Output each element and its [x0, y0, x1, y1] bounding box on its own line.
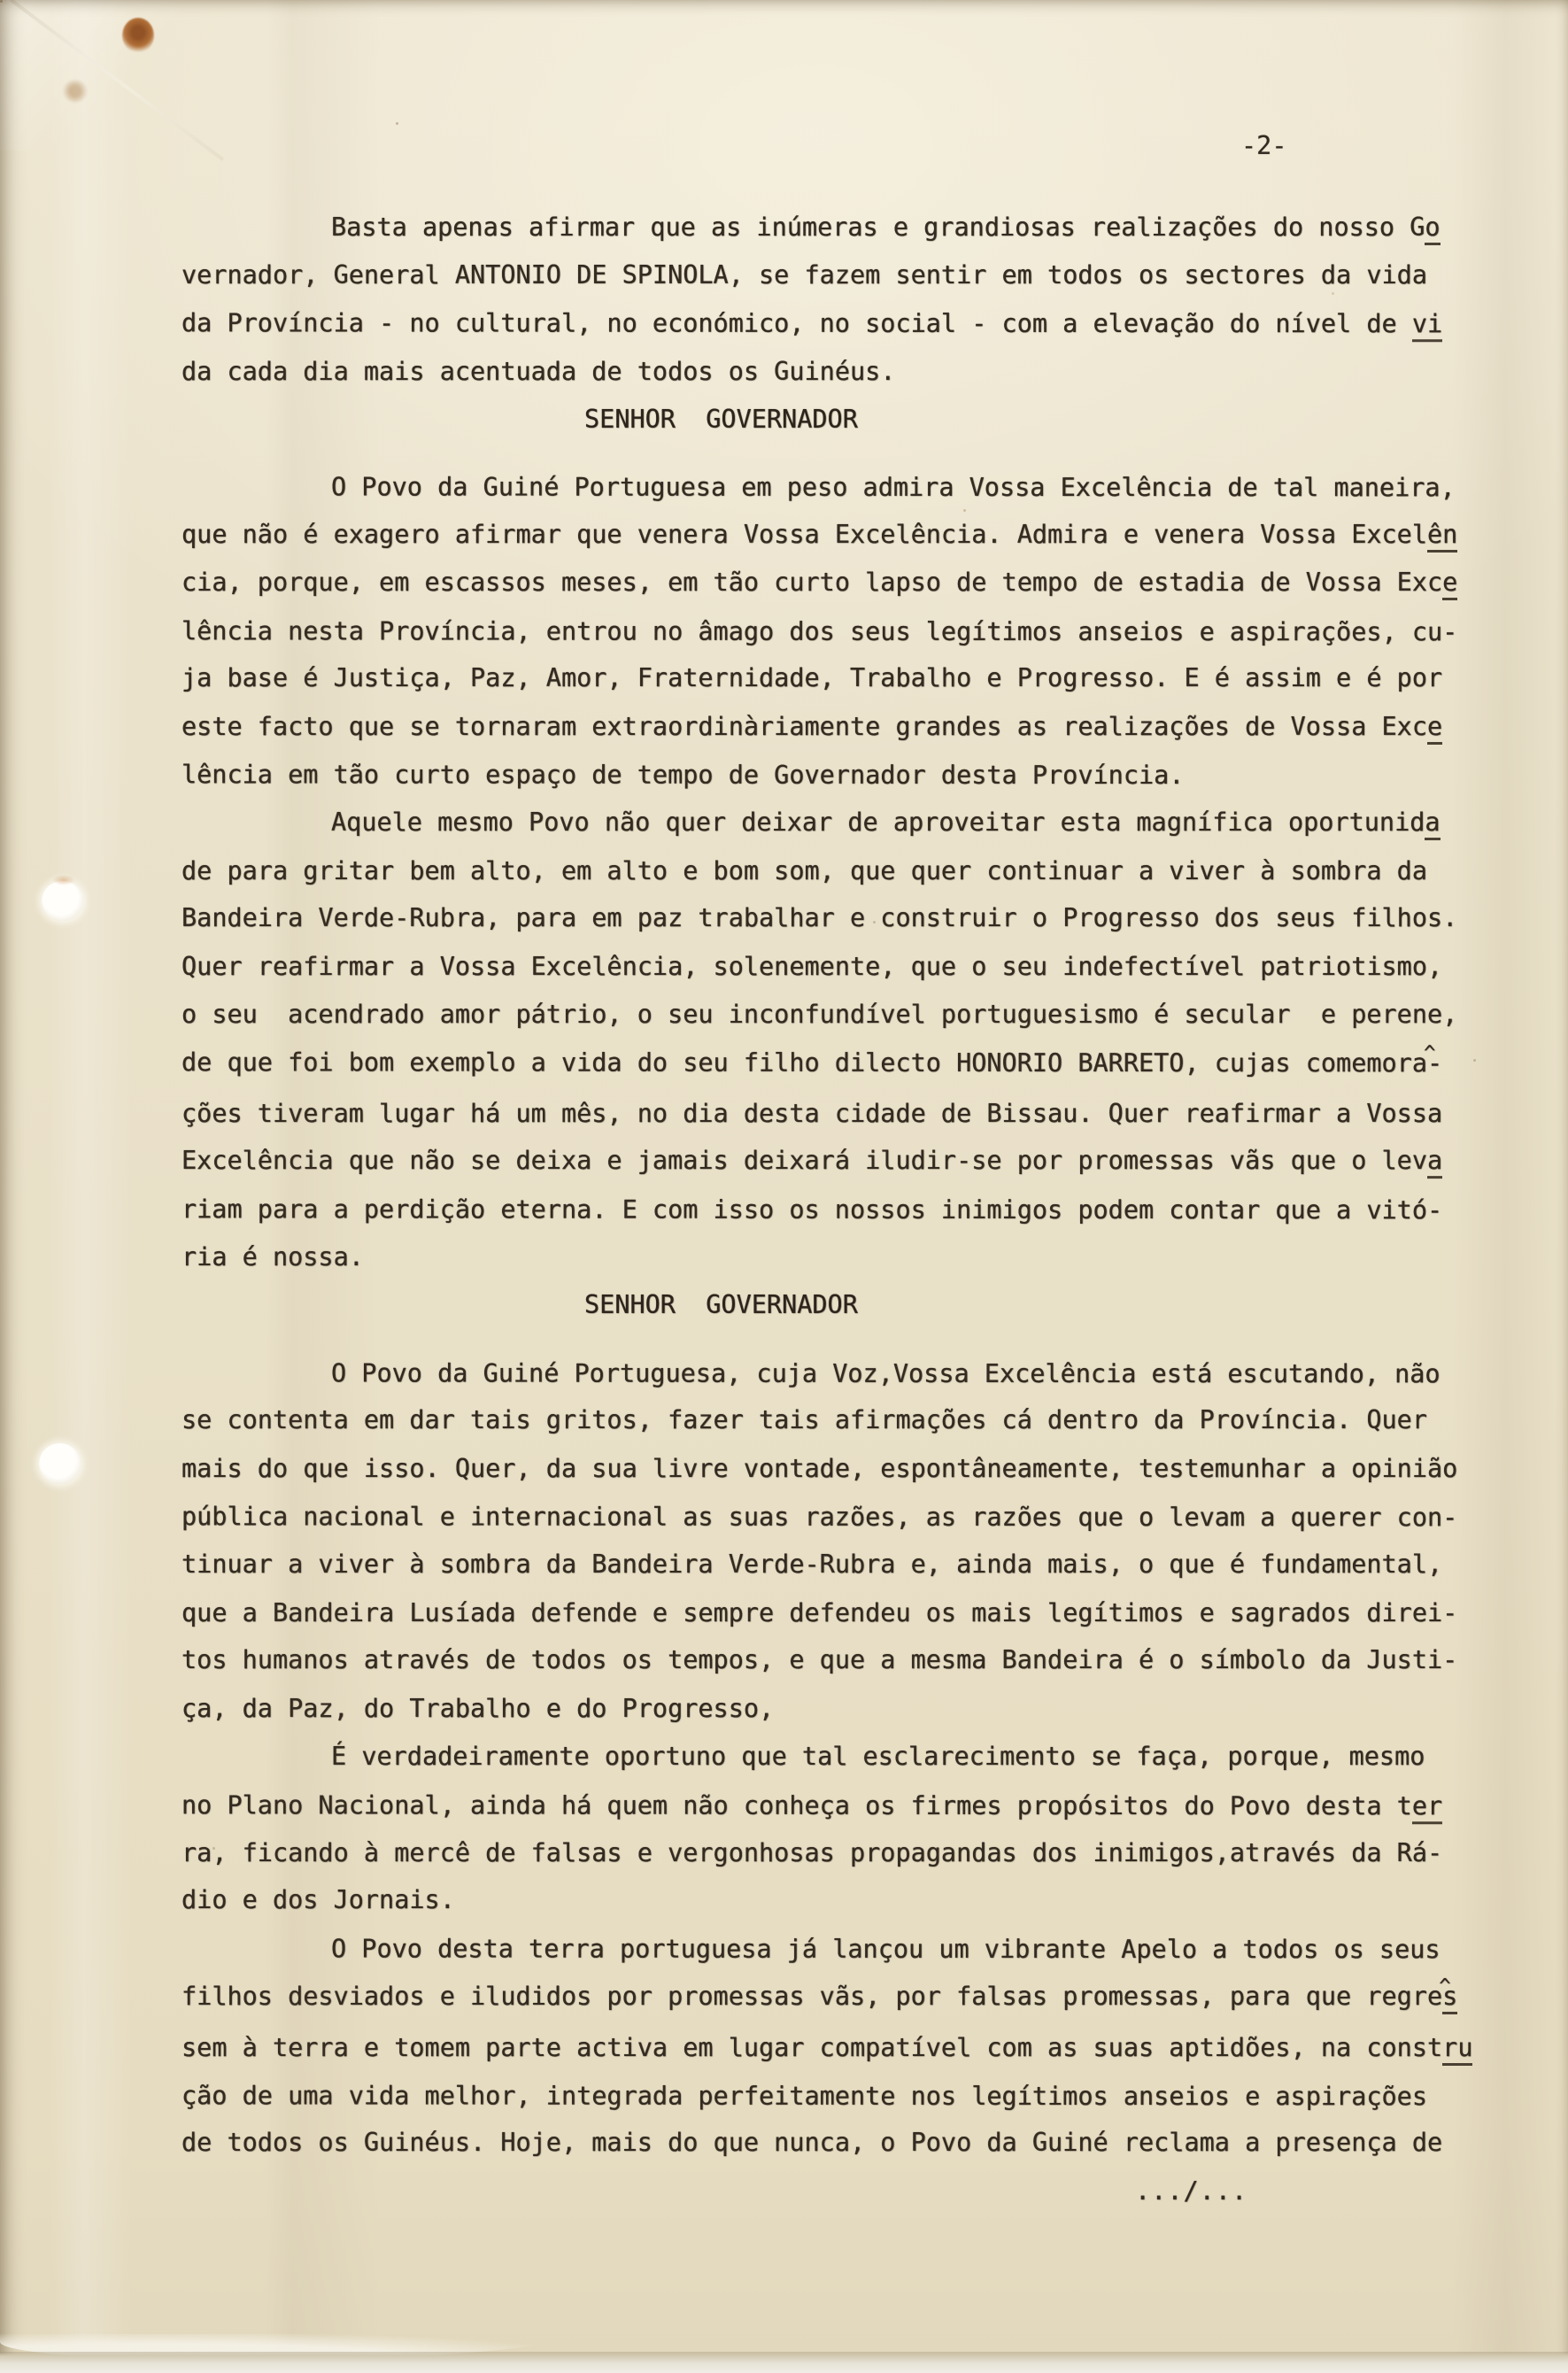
section-heading: SENHOR GOVERNADOR [584, 396, 1510, 444]
typed-line: ja base é Justiça, Paz, Amor, Fraternida… [182, 654, 1510, 702]
typed-line: de que foi bom exemplo a vida do seu fil… [182, 1040, 1510, 1091]
underlined-syllable: e [1427, 712, 1442, 745]
typed-line: O Povo desta terra portuguesa já lançou … [182, 1925, 1510, 1974]
typed-line: mais do que isso. Quer, da sua livre von… [182, 1445, 1510, 1493]
typed-line: pública nacional e internacional as suas… [182, 1494, 1510, 1542]
continuation-mark: .../... [182, 2168, 1510, 2215]
rust-stain-small [62, 80, 89, 103]
hole-punch-bottom [39, 1443, 81, 1484]
typed-line: riam para a perdição eterna. E com isso … [182, 1186, 1510, 1234]
hole-punch-top [42, 881, 83, 921]
typed-line: da Província - no cultural, no económico… [182, 300, 1510, 349]
underlined-syllable: o [1425, 213, 1440, 245]
typed-line: se contenta em dar tais gritos, fazer ta… [182, 1396, 1510, 1444]
scanned-document-page: -2- Basta apenas afirmar que as inúmeras… [0, 0, 1568, 2373]
typed-line: de todos os Guinéus. Hoje, mais do que n… [182, 2119, 1510, 2167]
typed-line: Bandeira Verde-Rubra, para em paz trabal… [182, 894, 1510, 942]
underlined-syllable: ên [1427, 520, 1457, 553]
typed-line: É verdadeiramente oportuno que tal escla… [182, 1733, 1510, 1781]
underlined-syllable: a [1425, 808, 1440, 840]
typed-line: da cada dia mais acentuada de todos os G… [182, 348, 1510, 396]
typed-line: Aquele mesmo Povo não quer deixar de apr… [182, 799, 1510, 846]
typed-line: ção de uma vida melhor, integrada perfei… [182, 2072, 1510, 2121]
corner-fold [0, 0, 204, 151]
underlined-syllable: e [1442, 568, 1457, 600]
typed-line: Excelência que não se deixa e jamais dei… [182, 1137, 1510, 1185]
typed-line: que a Bandeira Lusíada defende e sempre … [182, 1589, 1510, 1637]
typed-line: cia, porque, em escassos meses, em tão c… [182, 559, 1510, 607]
typed-line: O Povo da Guiné Portuguesa, cuja Voz,Vos… [182, 1349, 1510, 1398]
typed-line: lência em tão curto espaço de tempo de G… [182, 752, 1510, 800]
typed-line: sem à terra e tomem parte activa em luga… [182, 2024, 1510, 2072]
typed-line: Basta apenas afirmar que as inúmeras e g… [182, 204, 1510, 251]
typed-line: lência nesta Província, entrou no âmago … [182, 607, 1510, 656]
typed-line: ça, da Paz, do Trabalho e do Progresso, [182, 1685, 1510, 1733]
page-number: -2- [1241, 122, 1286, 170]
typed-line: que não é exagero afirmar que venera Vos… [182, 511, 1510, 559]
paper-specks [0, 0, 3, 3]
typed-text-block: Basta apenas afirmar que as inúmeras e g… [182, 204, 1510, 2215]
typed-text: Basta apenas afirmar que as inúmeras e g… [182, 204, 1510, 2168]
typed-line: O Povo da Guiné Portuguesa em peso admir… [182, 463, 1510, 512]
typed-line: de para gritar bem alto, em alto e bom s… [182, 847, 1510, 895]
typed-line: Quer reafirmar a Vossa Excelência, solen… [182, 943, 1510, 991]
underlined-syllable: a [1427, 1146, 1442, 1179]
typed-line: tos humanos através de todos os tempos, … [182, 1636, 1510, 1684]
typed-line: vernador, General ANTONIO DE SPINOLA, se… [182, 251, 1510, 299]
page-bottom-edge [0, 2352, 1568, 2373]
section-heading: SENHOR GOVERNADOR [584, 1281, 1510, 1329]
rust-stain [122, 18, 154, 53]
typed-line: o seu acendrado amor pátrio, o seu incon… [182, 991, 1510, 1039]
typed-line: ções tiveram lugar há um mês, no dia des… [182, 1090, 1510, 1138]
typed-line: filhos desviados e iludidos por promessa… [182, 1973, 1510, 2023]
underlined-syllable: vi [1412, 310, 1442, 343]
typed-line: no Plano Nacional, ainda há quem não con… [182, 1782, 1510, 1830]
underlined-syllable: er [1412, 1791, 1442, 1824]
typed-line: tinuar a viver à sombra da Bandeira Verd… [182, 1541, 1510, 1588]
typed-line: este facto que se tornaram extraordinàri… [182, 703, 1510, 751]
typed-line: ra, ficando à mercê de falsas e vergonho… [182, 1829, 1510, 1877]
typed-line: ria é nossa. [182, 1233, 1510, 1281]
typed-line: dio e dos Jornais. [182, 1876, 1510, 1924]
underlined-syllable: ru [1442, 2033, 1472, 2066]
